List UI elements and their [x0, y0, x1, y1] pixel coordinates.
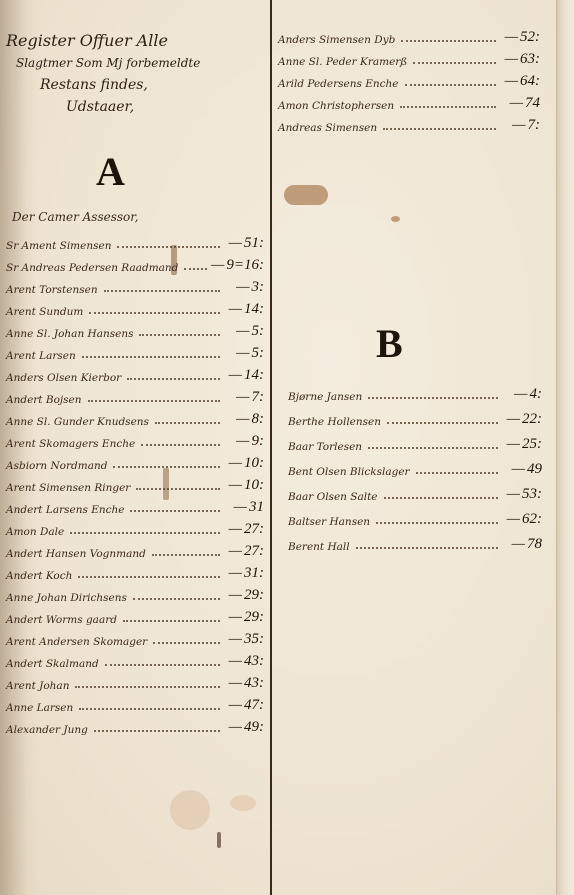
entry-page: 10:	[224, 477, 264, 494]
entry-name: Anne Sl. Johan Hansens	[6, 328, 133, 340]
entry-page: 25:	[502, 436, 542, 453]
entry-page: 5:	[224, 345, 264, 362]
dot-leader	[70, 532, 220, 534]
index-entry: Amon Dale27:	[6, 516, 264, 538]
dot-leader	[136, 488, 220, 490]
entry-page: 29:	[224, 609, 264, 626]
index-entry: Asbiorn Nordmand10:	[6, 450, 264, 472]
ink-spot	[217, 832, 221, 848]
index-entry: Anne Sl. Peder Kramerß63:	[278, 46, 540, 68]
index-entry: Andert Worms gaard29:	[6, 604, 264, 626]
index-entry: Andert Skalmand43:	[6, 648, 264, 670]
index-entry: Andert Larsens Enche31	[6, 494, 264, 516]
index-entry: Anne Johan Dirichsens29:	[6, 582, 264, 604]
index-entry: Anders Simensen Dyb52:	[278, 24, 540, 46]
entry-page: 29:	[224, 587, 264, 604]
entry-name: Anders Olsen Kierbor	[6, 372, 121, 384]
index-entry: Berent Hall78	[288, 528, 542, 553]
index-entry: Arent Sundum14:	[6, 296, 264, 318]
section-a-entries: Sr Ament Simensen51: Sr Andreas Pedersen…	[6, 230, 264, 736]
index-entry: Andert Koch31:	[6, 560, 264, 582]
entry-name: Bjørne Jansen	[288, 391, 362, 403]
entry-name: Baltser Hansen	[288, 516, 370, 528]
index-entry: Arent Johan43:	[6, 670, 264, 692]
dot-leader	[88, 400, 220, 402]
entry-page: 7:	[500, 117, 540, 134]
ink-spot	[391, 216, 400, 222]
index-entry: Arild Pedersens Enche64:	[278, 68, 540, 90]
entry-page: 27:	[224, 543, 264, 560]
entry-page: 49:	[224, 719, 264, 736]
dot-leader	[387, 422, 498, 424]
entry-page: 63:	[500, 51, 540, 68]
entry-name: Andert Skalmand	[6, 658, 99, 670]
index-entry: Bjørne Jansen4:	[288, 378, 542, 403]
entry-page: 74	[500, 95, 540, 112]
entry-name: Andert Bojsen	[6, 394, 82, 406]
entry-name: Anne Johan Dirichsens	[6, 592, 127, 604]
dot-leader	[416, 472, 498, 474]
entry-page: 10:	[224, 455, 264, 472]
entry-name: Sr Ament Simensen	[6, 240, 111, 252]
dot-leader	[127, 378, 220, 380]
entry-page: 14:	[224, 367, 264, 384]
index-entry: Sr Andreas Pedersen Raadmand9=16:	[6, 252, 264, 274]
entry-page: 62:	[502, 511, 542, 528]
entry-page: 43:	[224, 675, 264, 692]
index-entry: Anne Larsen47:	[6, 692, 264, 714]
dot-leader	[153, 642, 220, 644]
entry-page: 53:	[502, 486, 542, 503]
index-entry: Andert Bojsen7:	[6, 384, 264, 406]
entry-page: 14:	[224, 301, 264, 318]
entry-page: 31:	[224, 565, 264, 582]
dot-leader	[400, 106, 496, 108]
entry-page: 52:	[500, 29, 540, 46]
dot-leader	[123, 620, 220, 622]
dot-leader	[376, 522, 498, 524]
entry-page: 3:	[224, 279, 264, 296]
entry-page: 9:	[224, 433, 264, 450]
entry-name: Arent Johan	[6, 680, 69, 692]
section-letter-a: A	[96, 148, 125, 195]
water-stain	[230, 795, 256, 811]
dot-leader	[368, 447, 498, 449]
index-entry: Baltser Hansen62:	[288, 503, 542, 528]
entry-name: Andreas Simensen	[278, 122, 377, 134]
dot-leader	[105, 664, 220, 666]
dot-leader	[155, 422, 220, 424]
entry-name: Alexander Jung	[6, 724, 88, 736]
page-edge	[556, 0, 574, 895]
index-entry: Arent Andersen Skomager35:	[6, 626, 264, 648]
entry-name: Berthe Hollensen	[288, 416, 381, 428]
index-entry: Anne Sl. Johan Hansens5:	[6, 318, 264, 340]
entry-page: 4:	[502, 386, 542, 403]
entry-name: Arent Sundum	[6, 306, 83, 318]
entry-name: Berent Hall	[288, 541, 350, 553]
entry-name: Arent Simensen Ringer	[6, 482, 130, 494]
dot-leader	[94, 730, 220, 732]
dot-leader	[78, 576, 220, 578]
dot-leader	[405, 84, 496, 86]
dot-leader	[75, 686, 220, 688]
dot-leader	[89, 312, 220, 314]
entry-name: Anders Simensen Dyb	[278, 34, 395, 46]
index-entry: Sr Ament Simensen51:	[6, 230, 264, 252]
entry-name: Baar Torlesen	[288, 441, 362, 453]
entry-page: 9=16:	[211, 257, 264, 274]
dot-leader	[113, 466, 220, 468]
dot-leader	[79, 708, 220, 710]
index-entry: Baar Olsen Salte53:	[288, 478, 542, 503]
dot-leader	[383, 128, 496, 130]
index-entry: Arent Larsen5:	[6, 340, 264, 362]
dot-leader	[356, 547, 498, 549]
heading-line: Slagtmer Som Mj forbemeldte	[6, 52, 268, 74]
index-entry: Arent Torstensen3:	[6, 274, 264, 296]
entry-name: Asbiorn Nordmand	[6, 460, 107, 472]
entry-name: Andert Larsens Enche	[6, 504, 124, 516]
entry-page: 78	[502, 536, 542, 553]
dot-leader	[401, 40, 496, 42]
entry-page: 51:	[224, 235, 264, 252]
ink-stain	[284, 185, 328, 205]
entry-name: Andert Hansen Vognmand	[6, 548, 146, 560]
entry-name: Arent Andersen Skomager	[6, 636, 147, 648]
entry-page: 64:	[500, 73, 540, 90]
dot-leader	[152, 554, 220, 556]
entry-name: Sr Andreas Pedersen Raadmand	[6, 262, 178, 274]
index-entry: Anders Olsen Kierbor14:	[6, 362, 264, 384]
index-entry: Amon Christophersen74	[278, 90, 540, 112]
dot-leader	[139, 334, 220, 336]
entry-page: 8:	[224, 411, 264, 428]
entry-name: Anne Sl. Gunder Knudsens	[6, 416, 149, 428]
index-entry: Andreas Simensen7:	[278, 112, 540, 134]
index-entry: Arent Skomagers Enche9:	[6, 428, 264, 450]
entry-page: 7:	[224, 389, 264, 406]
dot-leader	[413, 62, 496, 64]
index-entry: Berthe Hollensen22:	[288, 403, 542, 428]
entry-page: 22:	[502, 411, 542, 428]
entry-name: Anne Larsen	[6, 702, 73, 714]
entry-page: 5:	[224, 323, 264, 340]
dot-leader	[104, 290, 220, 292]
dot-leader	[184, 268, 207, 270]
entry-page: 49	[502, 461, 542, 478]
entry-name: Arent Larsen	[6, 350, 76, 362]
water-stain	[170, 790, 210, 830]
entry-name: Arent Skomagers Enche	[6, 438, 135, 450]
index-entry: Alexander Jung49:	[6, 714, 264, 736]
entry-page: 35:	[224, 631, 264, 648]
heading-line: Register Offuer Alle	[6, 30, 268, 52]
dot-leader	[82, 356, 220, 358]
entry-name: Amon Dale	[6, 526, 64, 538]
section-subhead: Der Camer Assessor,	[12, 210, 139, 224]
column-rule	[270, 0, 272, 895]
register-heading: Register Offuer Alle Slagtmer Som Mj for…	[6, 30, 268, 118]
entry-page: 31	[224, 499, 264, 516]
dot-leader	[384, 497, 498, 499]
entry-name: Arent Torstensen	[6, 284, 98, 296]
entry-page: 43:	[224, 653, 264, 670]
entry-name: Andert Koch	[6, 570, 72, 582]
dot-leader	[368, 397, 498, 399]
index-entry: Anne Sl. Gunder Knudsens8:	[6, 406, 264, 428]
entry-name: Andert Worms gaard	[6, 614, 117, 626]
dot-leader	[141, 444, 220, 446]
entry-page: 27:	[224, 521, 264, 538]
heading-line: Restans findes,	[6, 74, 268, 96]
index-entry: Bent Olsen Blickslager49	[288, 453, 542, 478]
entry-name: Amon Christophersen	[278, 100, 394, 112]
entry-page: 47:	[224, 697, 264, 714]
entry-name: Bent Olsen Blickslager	[288, 466, 410, 478]
section-letter-b: B	[376, 320, 403, 367]
entry-name: Arild Pedersens Enche	[278, 78, 399, 90]
entry-name: Baar Olsen Salte	[288, 491, 378, 503]
index-entry: Arent Simensen Ringer10:	[6, 472, 264, 494]
entry-name: Anne Sl. Peder Kramerß	[278, 56, 407, 68]
manuscript-page: Register Offuer Alle Slagtmer Som Mj for…	[0, 0, 556, 895]
index-entry: Baar Torlesen25:	[288, 428, 542, 453]
section-b-entries: Bjørne Jansen4: Berthe Hollensen22: Baar…	[288, 378, 542, 553]
index-entry: Andert Hansen Vognmand27:	[6, 538, 264, 560]
dot-leader	[133, 598, 220, 600]
dot-leader	[130, 510, 220, 512]
heading-line: Udstaaer,	[6, 96, 268, 118]
dot-leader	[117, 246, 220, 248]
section-a-continued-entries: Anders Simensen Dyb52: Anne Sl. Peder Kr…	[278, 24, 540, 134]
